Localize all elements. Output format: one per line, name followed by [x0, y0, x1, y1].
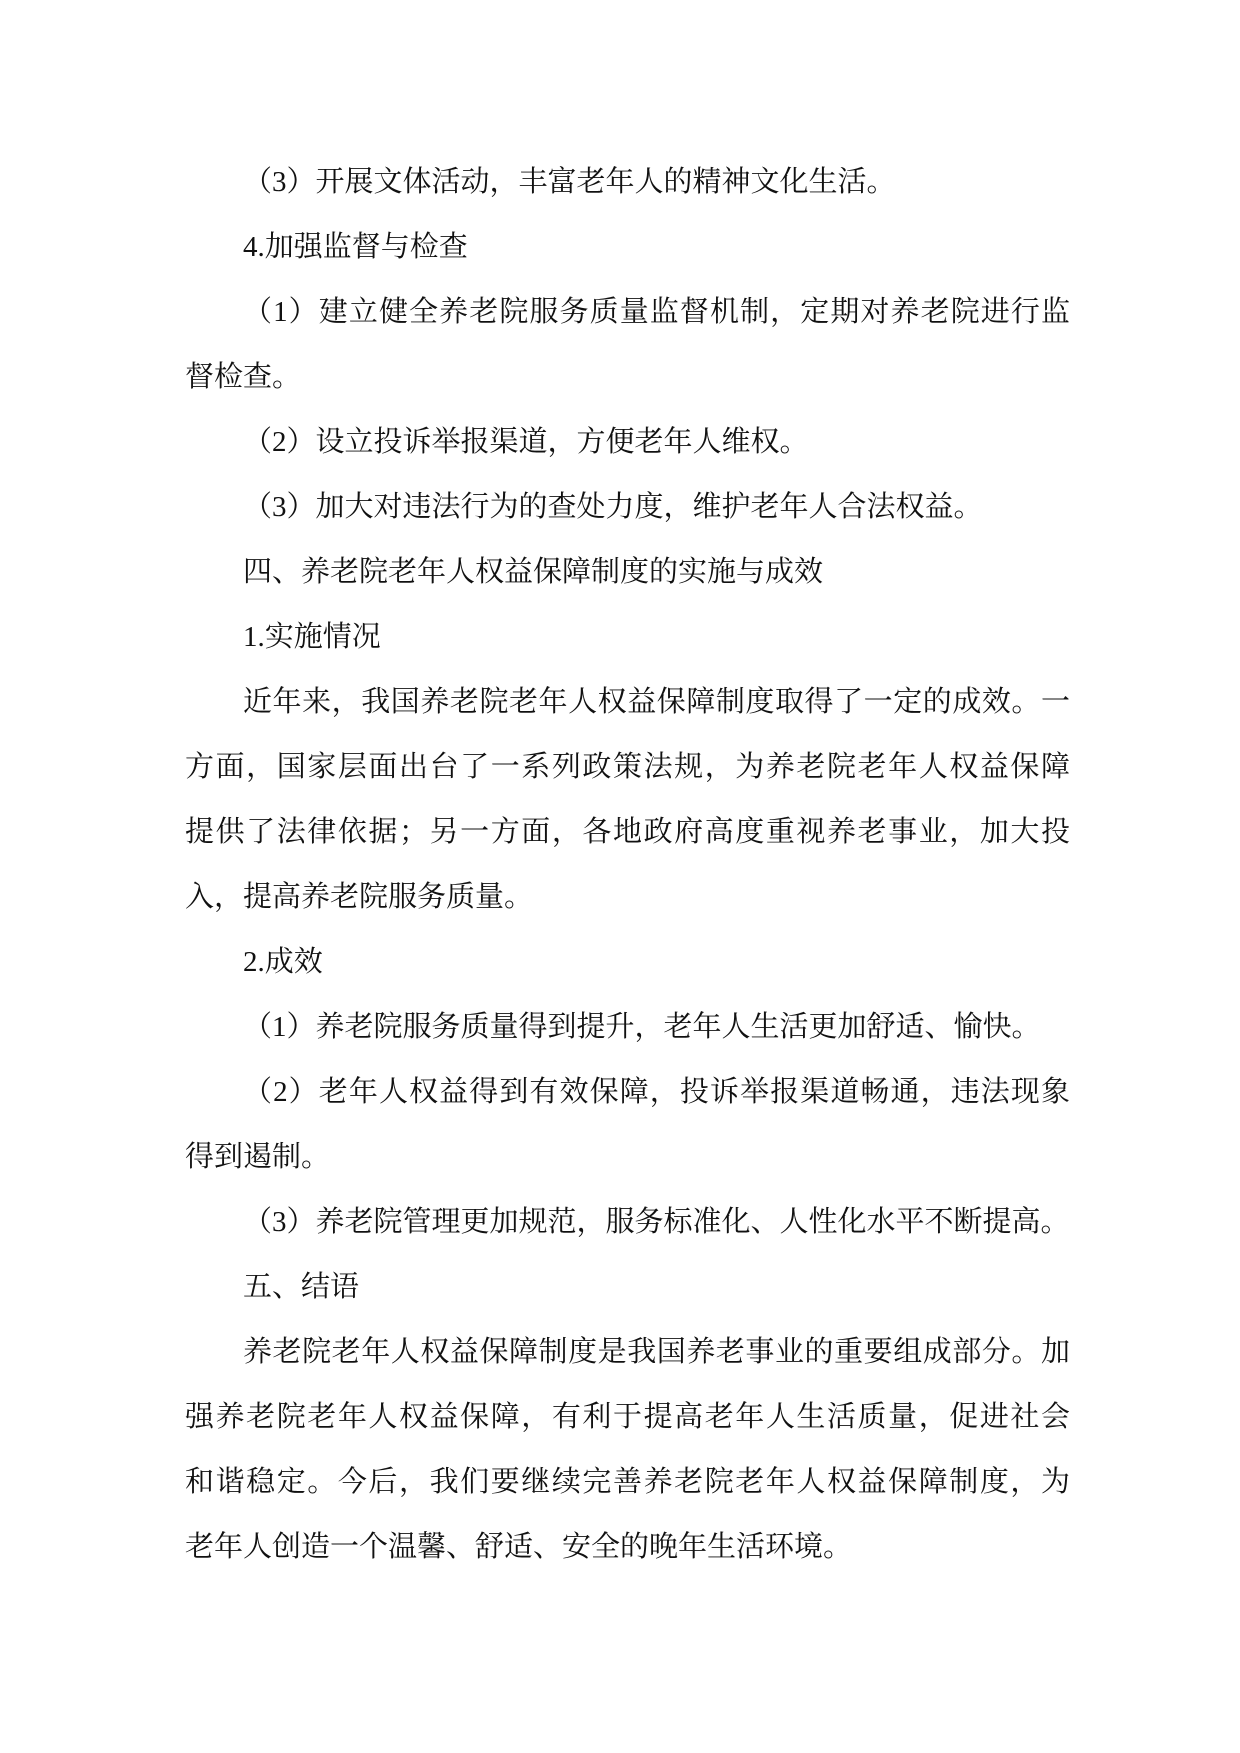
- text-line: 强养老院老年人权益保障，有利于提高老年人生活质量，促进社会: [185, 1385, 1070, 1450]
- text-line: 方面，国家层面出台了一系列政策法规，为养老院老年人权益保障: [185, 735, 1070, 800]
- text-line: （3）加大对违法行为的查处力度，维护老年人合法权益。: [185, 475, 1070, 540]
- text-line: （1）建立健全养老院服务质量监督机制，定期对养老院进行监: [185, 280, 1070, 345]
- text-line: （3）养老院管理更加规范，服务标准化、人性化水平不断提高。: [185, 1190, 1070, 1255]
- text-line: 1.实施情况: [185, 605, 1070, 670]
- text-line: 四、养老院老年人权益保障制度的实施与成效: [185, 540, 1070, 605]
- text-line: 督检查。: [185, 345, 1070, 410]
- text-line: 和谐稳定。今后，我们要继续完善养老院老年人权益保障制度，为: [185, 1450, 1070, 1515]
- text-line: 近年来，我国养老院老年人权益保障制度取得了一定的成效。一: [185, 670, 1070, 735]
- text-line: 提供了法律依据；另一方面，各地政府高度重视养老事业，加大投: [185, 800, 1070, 865]
- text-line: 入，提高养老院服务质量。: [185, 865, 1070, 930]
- text-line: （2）设立投诉举报渠道，方便老年人维权。: [185, 410, 1070, 475]
- text-line: 4.加强监督与检查: [185, 215, 1070, 280]
- document-page: （3）开展文体活动，丰富老年人的精神文化生活。4.加强监督与检查（1）建立健全养…: [0, 0, 1240, 1753]
- text-line: 五、结语: [185, 1255, 1070, 1320]
- text-line: 养老院老年人权益保障制度是我国养老事业的重要组成部分。加: [185, 1320, 1070, 1385]
- text-line: 2.成效: [185, 930, 1070, 995]
- text-line: 得到遏制。: [185, 1125, 1070, 1190]
- text-line: （1）养老院服务质量得到提升，老年人生活更加舒适、愉快。: [185, 995, 1070, 1060]
- document-body: （3）开展文体活动，丰富老年人的精神文化生活。4.加强监督与检查（1）建立健全养…: [185, 150, 1070, 1580]
- text-line: （2）老年人权益得到有效保障，投诉举报渠道畅通，违法现象: [185, 1060, 1070, 1125]
- text-line: （3）开展文体活动，丰富老年人的精神文化生活。: [185, 150, 1070, 215]
- text-line: 老年人创造一个温馨、舒适、安全的晚年生活环境。: [185, 1515, 1070, 1580]
